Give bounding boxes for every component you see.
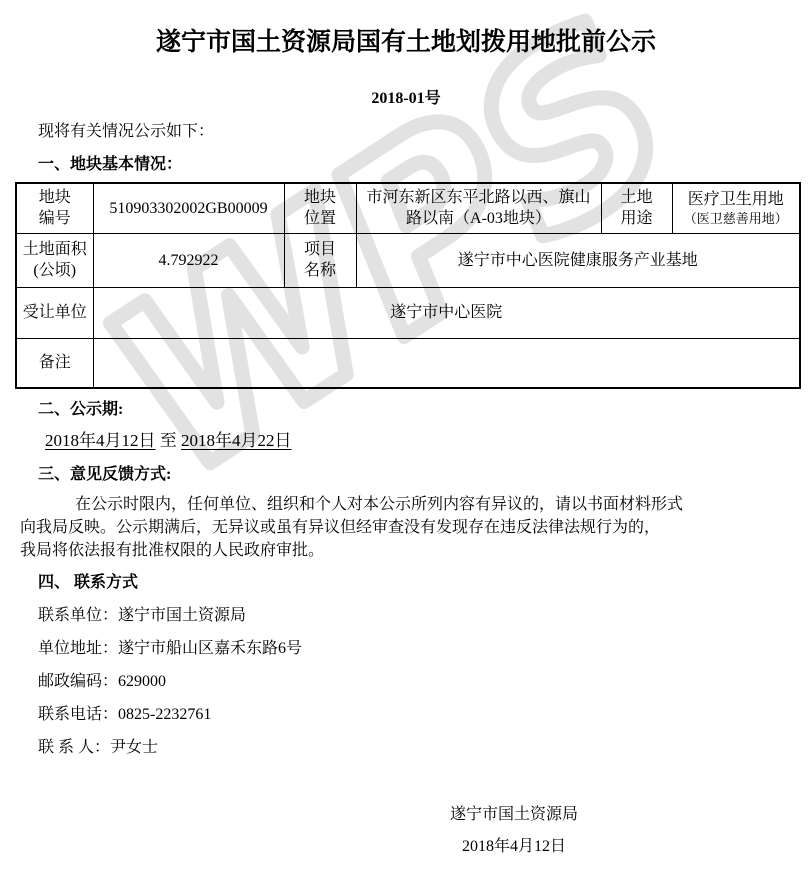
table-row: 地块 编号 510903302002GB00009 地块 位置 市河东新区东平北… bbox=[16, 183, 800, 233]
document-content: 遂宁市国土资源局国有土地划拨用地批前公示 2018-01号 现将有关情况公示如下… bbox=[0, 0, 812, 756]
remark-label: 备注 bbox=[16, 338, 93, 388]
project-name-value: 遂宁市中心医院健康服务产业基地 bbox=[356, 233, 800, 287]
signature-block: 遂宁市国土资源局 2018年4月12日 bbox=[0, 806, 812, 855]
publicity-date-from: 2018年4月12日 bbox=[45, 431, 156, 450]
land-use-value: 医疗卫生用地 （医卫慈善用地） bbox=[672, 183, 800, 233]
table-row: 受让单位 遂宁市中心医院 bbox=[16, 287, 800, 338]
land-area-label: 土地面积 (公顷) bbox=[16, 233, 93, 287]
project-name-label: 项目 名称 bbox=[284, 233, 356, 287]
plot-number-label: 地块 编号 bbox=[16, 183, 93, 233]
notice-document-page: WPS 遂宁市国土资源局国有土地划拨用地批前公示 2018-01号 现将有关情况… bbox=[0, 0, 812, 884]
land-use-label: 土地 用途 bbox=[601, 183, 672, 233]
land-use-sub: （医卫慈善用地） bbox=[676, 210, 797, 227]
plot-location-value: 市河东新区东平北路以西、旗山路以南（A-03地块） bbox=[356, 183, 601, 233]
contact-phone: 联系电话：0825-2232761 bbox=[38, 706, 812, 723]
publicity-date-separator: 至 bbox=[160, 431, 177, 450]
land-use-main: 医疗卫生用地 bbox=[688, 191, 784, 208]
table-row: 备注 bbox=[16, 338, 800, 388]
doc-number: 2018-01号 bbox=[0, 90, 812, 107]
remark-value bbox=[93, 338, 800, 388]
section-1-heading: 一、地块基本情况： bbox=[38, 156, 812, 174]
feedback-line: 我局将依法报有批准权限的人民政府审批。 bbox=[20, 539, 792, 562]
plot-number-value: 510903302002GB00009 bbox=[93, 183, 284, 233]
contact-unit: 联系单位：遂宁市国土资源局 bbox=[38, 607, 812, 624]
contact-person: 联 系 人：尹女士 bbox=[38, 739, 812, 756]
contact-address: 单位地址：遂宁市船山区嘉禾东路6号 bbox=[38, 640, 812, 657]
page-title: 遂宁市国土资源局国有土地划拨用地批前公示 bbox=[0, 0, 812, 60]
table-row: 土地面积 (公顷) 4.792922 项目 名称 遂宁市中心医院健康服务产业基地 bbox=[16, 233, 800, 287]
land-area-value: 4.792922 bbox=[93, 233, 284, 287]
intro-text: 现将有关情况公示如下： bbox=[38, 123, 812, 141]
section-3-heading: 三、意见反馈方式: bbox=[38, 466, 812, 484]
feedback-line: 向我局反映。公示期满后，无异议或虽有异议但经审查没有发现存在违反法律法规行为的， bbox=[20, 516, 792, 539]
signature-date: 2018年4月12日 bbox=[216, 838, 812, 855]
feedback-line: 在公示时限内，任何单位、组织和个人对本公示所列内容有异议的，请以书面材料形式 bbox=[20, 493, 792, 516]
plot-info-table: 地块 编号 510903302002GB00009 地块 位置 市河东新区东平北… bbox=[15, 182, 801, 389]
contact-postcode: 邮政编码：629000 bbox=[38, 673, 812, 690]
section-4-heading: 四、 联系方式 bbox=[38, 574, 812, 592]
publicity-period: 2018年4月12日 至 2018年4月22日 bbox=[45, 431, 812, 451]
transferee-value: 遂宁市中心医院 bbox=[93, 287, 800, 338]
transferee-label: 受让单位 bbox=[16, 287, 93, 338]
section-2-heading: 二、公示期: bbox=[38, 401, 812, 419]
publicity-date-to: 2018年4月22日 bbox=[181, 431, 292, 450]
plot-location-label: 地块 位置 bbox=[284, 183, 356, 233]
signature-org: 遂宁市国土资源局 bbox=[216, 806, 812, 823]
feedback-paragraph: 在公示时限内，任何单位、组织和个人对本公示所列内容有异议的，请以书面材料形式 向… bbox=[20, 493, 792, 562]
